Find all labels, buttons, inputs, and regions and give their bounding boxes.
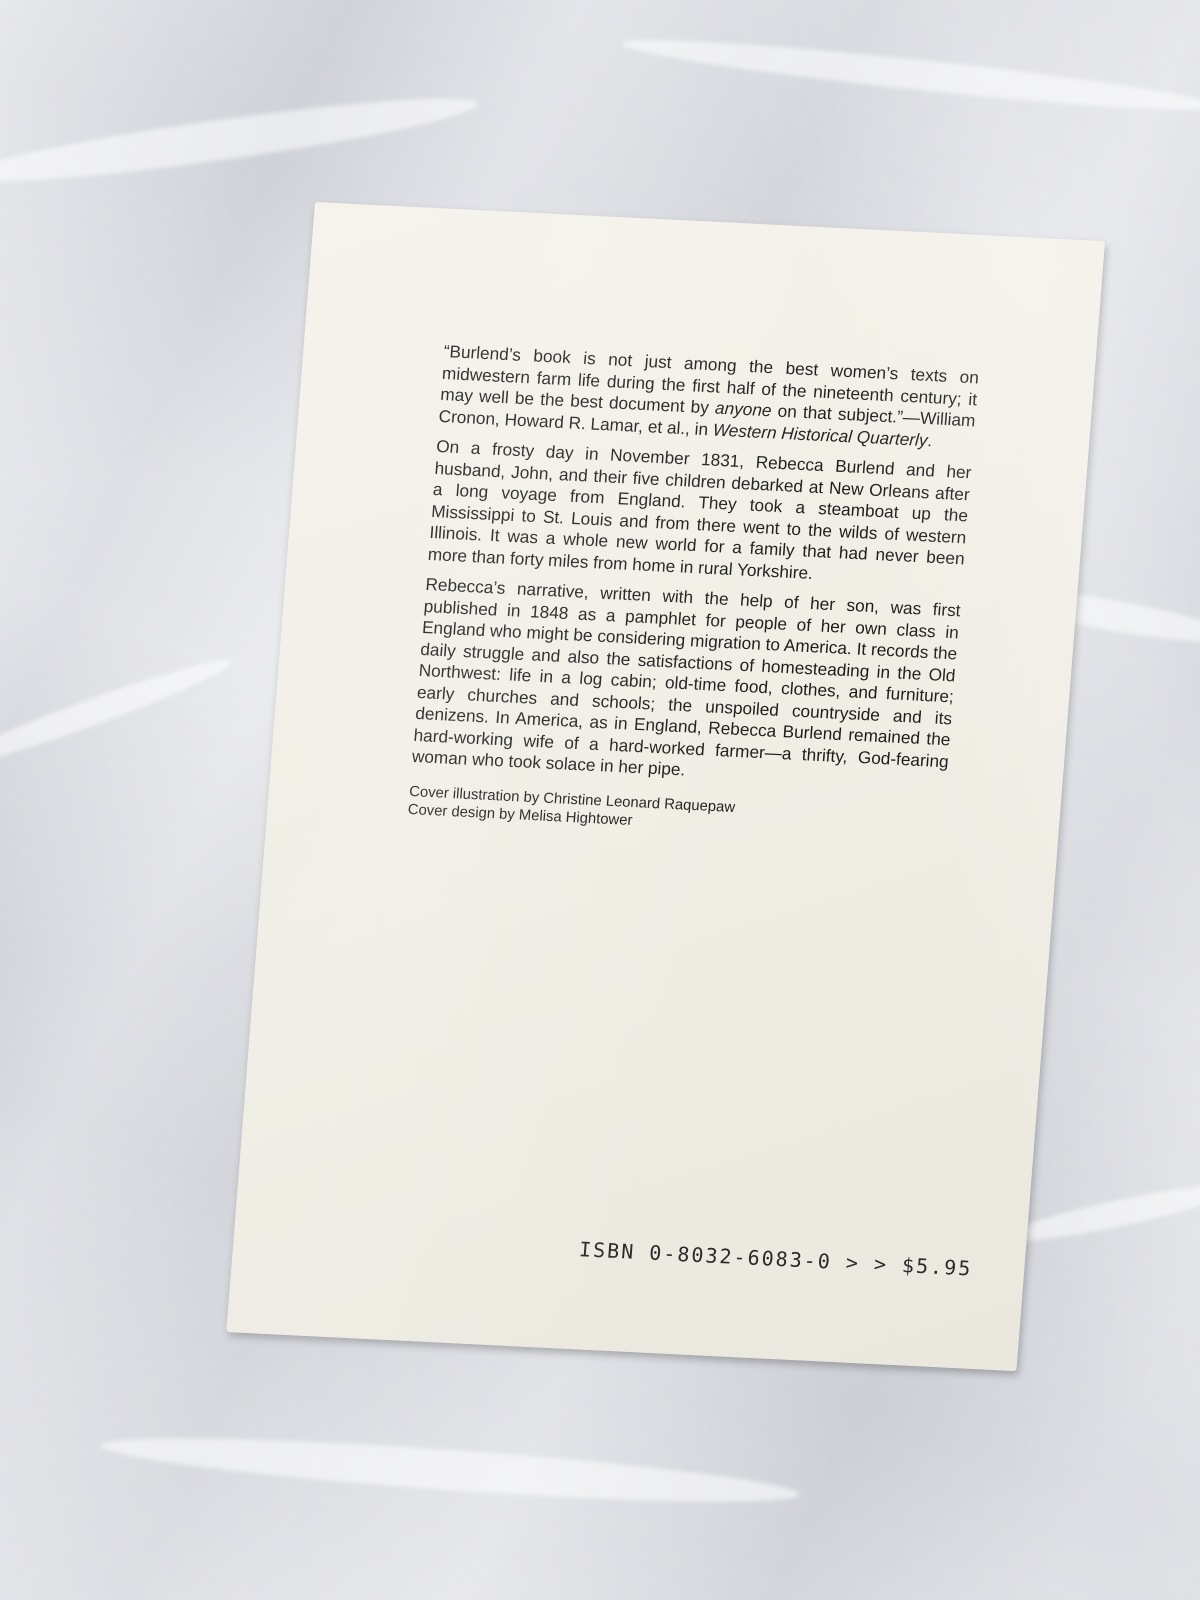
isbn-price-line: ISBN 0-8032-6083-0 > > $5.95 bbox=[578, 1237, 973, 1280]
cover-credits: Cover illustration by Christine Leonard … bbox=[407, 782, 945, 845]
description-paragraph-1: On a frosty day in November 1831, Rebecc… bbox=[427, 436, 972, 591]
back-cover-text: “Burlend’s book is not just among the be… bbox=[407, 341, 980, 846]
book-back-cover: “Burlend’s book is not just among the be… bbox=[226, 202, 1105, 1371]
plastic-wrap-highlight bbox=[620, 29, 1200, 122]
plastic-wrap-highlight bbox=[0, 84, 480, 196]
blurb-quote: “Burlend’s book is not just among the be… bbox=[438, 341, 980, 453]
description-paragraph-2: Rebecca’s narrative, written with the he… bbox=[411, 574, 961, 794]
quote-emphasis: anyone bbox=[714, 398, 772, 421]
quote-end: . bbox=[927, 430, 933, 450]
plastic-wrap-highlight bbox=[0, 649, 235, 776]
plastic-wrap-highlight bbox=[99, 1426, 800, 1515]
